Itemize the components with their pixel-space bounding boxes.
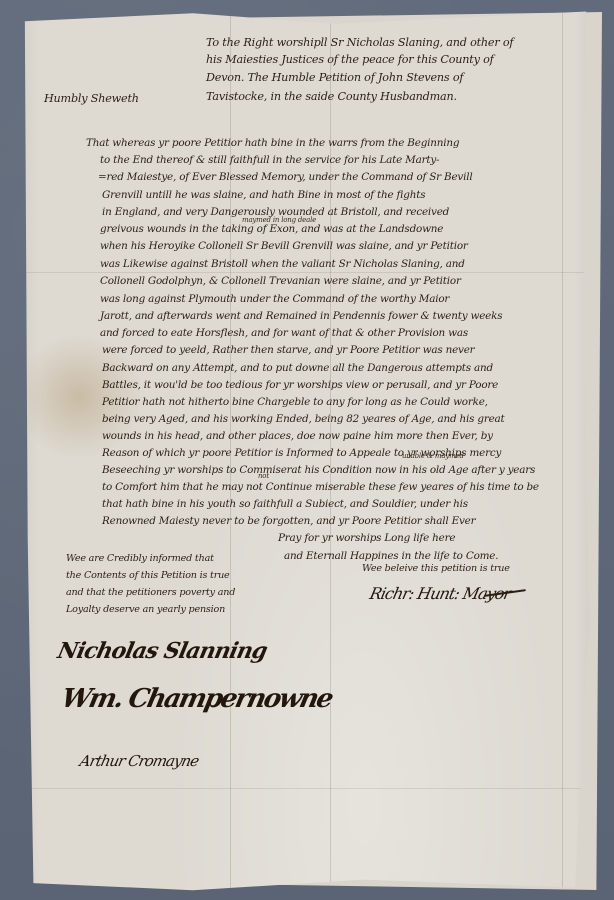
attestation-line: Wee are Credibly informed that <box>66 551 214 567</box>
manuscript-sheet: To the Right worshipll Sr Nicholas Slani… <box>22 8 592 892</box>
attestation-line: and that the petitioners poverty and <box>66 585 235 601</box>
signature-champernowne: Wm. Champernowne <box>59 684 335 714</box>
body-line: to the End thereof & still faithfull in … <box>100 152 439 169</box>
salutation: Humbly Sheweth <box>44 90 139 108</box>
signature-nicholas-slanning: Nicholas Slanning <box>55 638 269 664</box>
body-line: was Likewise against Bristoll when the v… <box>100 256 465 273</box>
address-line: his Maiesties Justices of the peace for … <box>206 51 494 69</box>
body-line: when his Heroyike Collonell Sr Bevill Gr… <box>100 238 468 255</box>
fold-crease <box>562 8 563 892</box>
attestation-line: the Contents of this Petition is true <box>66 568 230 584</box>
body-line: were forced to yeeld, Rather then starve… <box>102 342 474 359</box>
body-line: Backward on any Attempt, and to put down… <box>102 360 493 377</box>
body-line: Grenvill untill he was slaine, and hath … <box>102 187 425 204</box>
body-line: That whereas yr poore Petitior hath bine… <box>86 135 459 152</box>
attestation-line: Wee beleive this petition is true <box>362 561 510 577</box>
closing-line: Pray for yr worships Long life here <box>278 530 455 547</box>
fold-crease <box>22 788 592 789</box>
body-line: Battles, it wou'ld be too tedious for yr… <box>102 377 498 394</box>
body-line: wounds in his head, and other places, do… <box>102 428 493 445</box>
body-line: Collonell Godolphyn, & Collonell Trevani… <box>100 273 461 290</box>
address-line: Devon. The Humble Petition of John Steve… <box>206 69 463 87</box>
body-line: Beseeching yr worships to Commiserat his… <box>102 462 535 479</box>
body-line: Jarott, and afterwards went and Remained… <box>100 308 502 325</box>
body-line: and forced to eate Horsflesh, and for wa… <box>100 325 468 342</box>
body-line: Renowned Maiesty never to be forgotten, … <box>102 513 475 530</box>
address-line: To the Right worshipll Sr Nicholas Slani… <box>206 34 513 52</box>
body-line: to Comfort him that he may not Continue … <box>102 479 539 496</box>
address-line: Tavistocke, in the saide County Husbandm… <box>206 88 457 106</box>
interlinear-insertion: unable & maymed <box>402 452 464 460</box>
body-line: being very Aged, and his working Ended, … <box>102 411 505 428</box>
body-line: was long against Plymouth under the Comm… <box>100 291 449 308</box>
attestation-line: Loyalty deserve an yearly pension <box>66 602 225 618</box>
body-line: =red Maiestye, of Ever Blessed Memory, u… <box>98 169 472 186</box>
signature-arthur-cromayne: Arthur Cromayne <box>78 752 200 770</box>
body-line: greivous wounds in the taking of Exon, a… <box>100 221 443 238</box>
body-line: that hath bine in his youth so faithfull… <box>102 496 468 513</box>
body-line: Petitior hath not hitherto bine Chargebl… <box>102 394 488 411</box>
